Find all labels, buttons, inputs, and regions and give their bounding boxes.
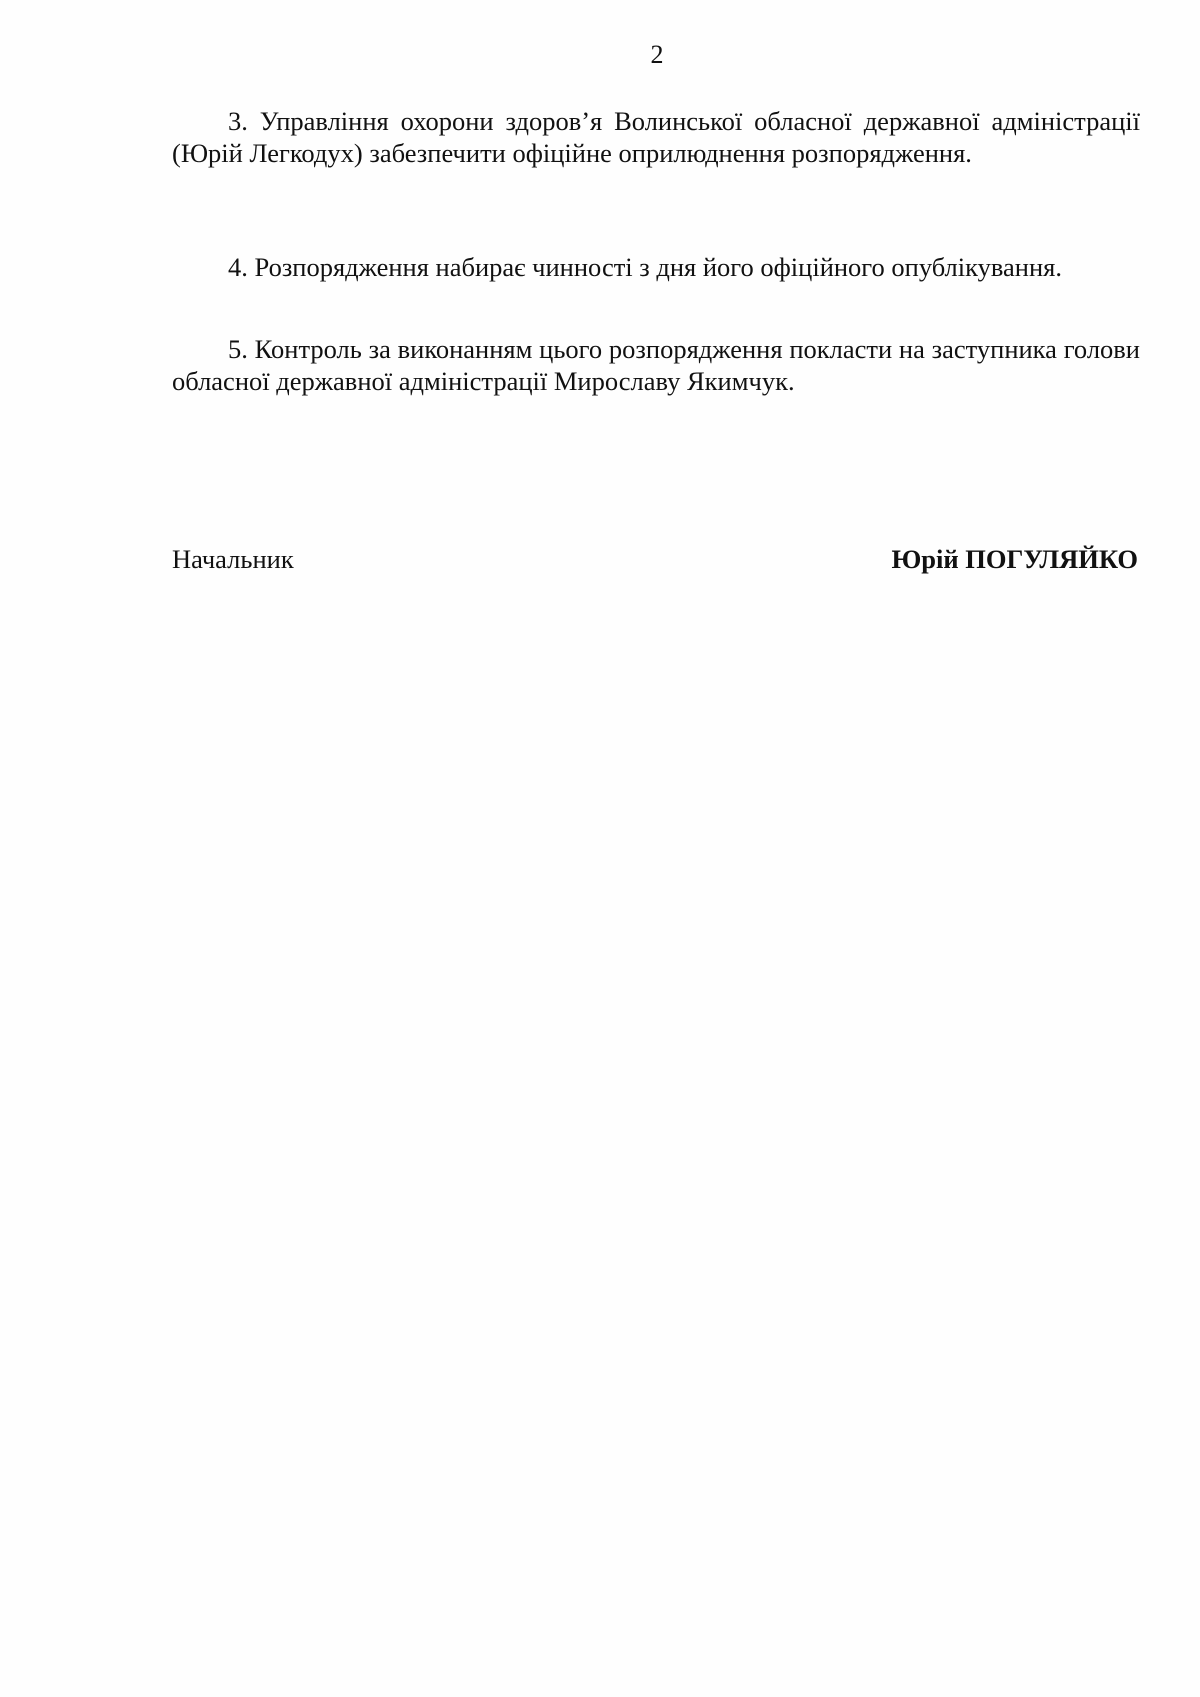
signer-name: Юрій ПОГУЛЯЙКО (891, 544, 1138, 576)
document-page: 2 3. Управління охорони здоров’я Волинсь… (0, 0, 1200, 1697)
paragraph-3-publication-order: 3. Управління охорони здоров’я Волинсько… (172, 106, 1140, 169)
page-number: 2 (0, 40, 1200, 70)
paragraph-4-effective-date: 4. Розпорядження набирає чинності з дня … (172, 252, 1140, 284)
signer-position: Начальник (172, 544, 294, 576)
paragraph-5-control: 5. Контроль за виконанням цього розпоряд… (172, 334, 1140, 397)
signature-block: Начальник Юрій ПОГУЛЯЙКО (172, 544, 1138, 576)
